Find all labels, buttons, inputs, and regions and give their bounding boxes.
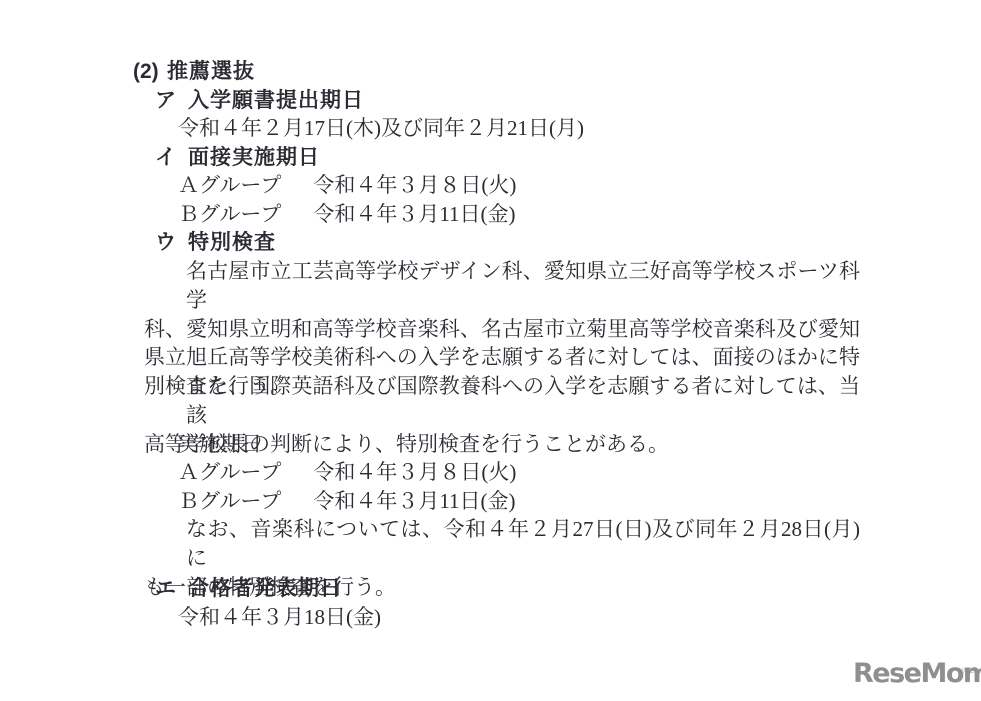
paragraph-line: 県立旭丘高等学校美術科への入学を志願する者に対しては、面接のほかに特 [144,343,860,372]
item-u-group-a: Ａグループ 令和４年３月８日(火) [178,458,516,487]
paragraph-line: なお、音楽科については、令和４年２月27日(日)及び同年２月28日(月)に [144,515,860,573]
resemom-logo: リセマム ReseMom. [853,657,981,691]
item-u-marker: ウ [155,228,188,257]
group-b-label: Ｂグループ [178,487,281,516]
paragraph-line: 科、愛知県立明和高等学校音楽科、名古屋市立菊里高等学校音楽科及び愛知 [144,315,860,344]
resemom-logo-ruby: リセマム [960,654,981,688]
item-i-group-a: Ａグループ 令和４年３月８日(火) [178,171,516,200]
group-a-label: Ａグループ [178,458,281,487]
group-a-date: 令和４年３月８日(火) [313,458,516,487]
section-title: 推薦選抜 [167,57,255,86]
group-a-label: Ａグループ [178,171,281,200]
group-b-label: Ｂグループ [178,200,281,229]
item-e-heading: エ 合格者発表期日 [155,574,342,603]
item-a-marker: ア [155,86,188,115]
group-b-date: 令和４年３月11日(金) [313,200,515,229]
item-e-date: 令和４年３月18日(金) [178,603,381,632]
paragraph-line: 名古屋市立工芸高等学校デザイン科、愛知県立三好高等学校スポーツ科学 [144,257,860,315]
schedule-label: 実施期日 [178,430,262,459]
group-a-date: 令和４年３月８日(火) [313,171,516,200]
item-e-marker: エ [155,574,188,603]
item-u-group-b: Ｂグループ 令和４年３月11日(金) [178,487,516,516]
item-e-title: 合格者発表期日 [188,574,342,603]
item-i-heading: イ 面接実施期日 [155,143,320,172]
group-b-date: 令和４年３月11日(金) [313,487,515,516]
item-u-heading: ウ 特別検査 [155,228,276,257]
item-i-title: 面接実施期日 [188,143,320,172]
item-i-group-b: Ｂグループ 令和４年３月11日(金) [178,200,516,229]
item-u-title: 特別検査 [188,228,276,257]
paragraph-line: また、国際英語科及び国際教養科への入学を志願する者に対しては、当該 [144,372,860,430]
item-a-title: 入学願書提出期日 [188,86,364,115]
section-heading: (2) 推薦選抜 [133,57,255,86]
item-i-marker: イ [155,143,188,172]
document-page: (2) 推薦選抜 ア 入学願書提出期日 令和４年２月17日(木)及び同年２月21… [0,0,981,701]
item-a-date: 令和４年２月17日(木)及び同年２月21日(月) [178,114,584,143]
item-a-heading: ア 入学願書提出期日 [155,86,364,115]
section-number: (2) [133,57,167,86]
